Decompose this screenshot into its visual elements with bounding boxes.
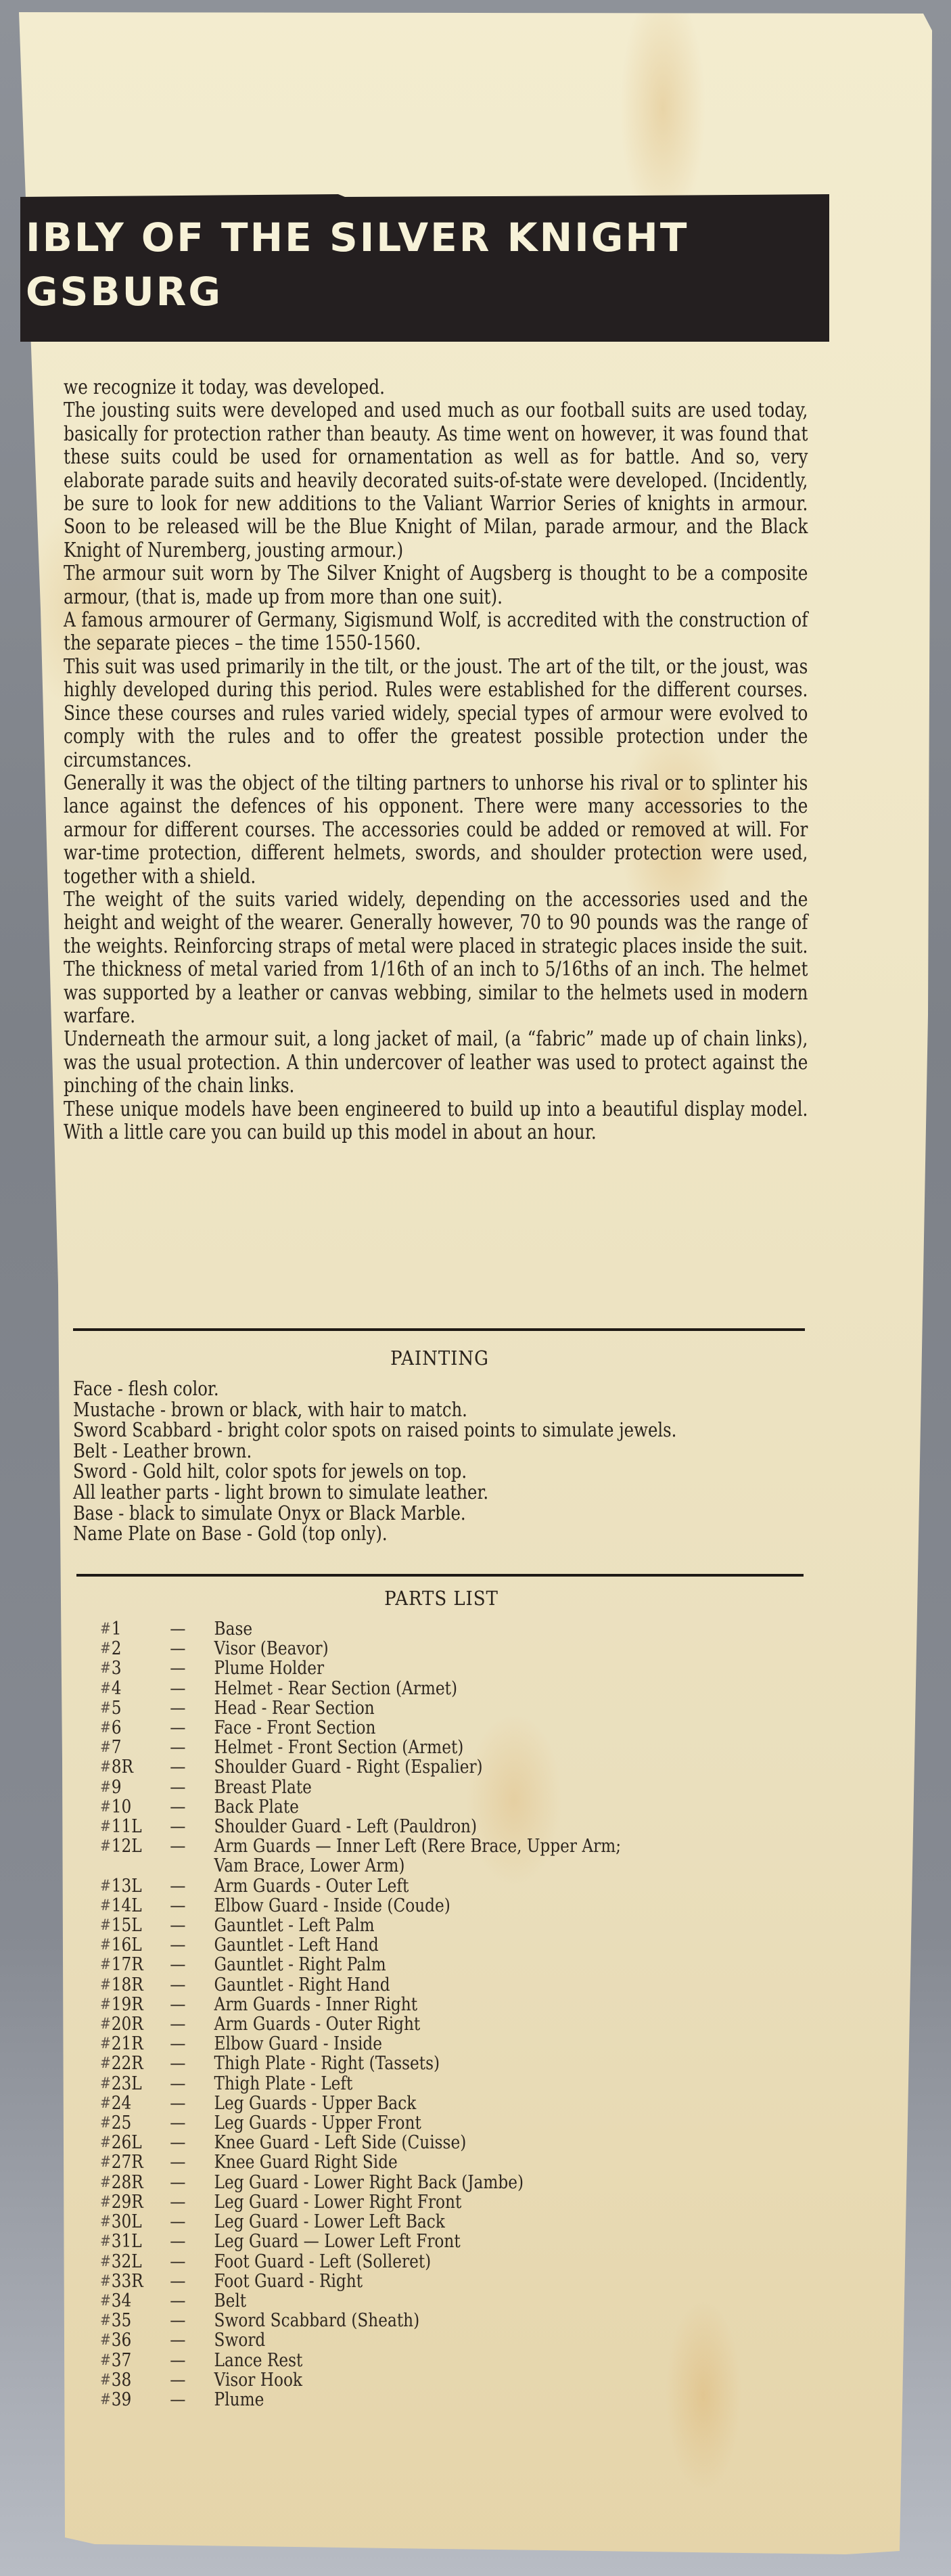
dash: —	[170, 2152, 214, 2172]
dash: —	[170, 1995, 214, 2014]
parts-list-item: #35 — Sword Scabbard (Sheath)	[100, 2311, 621, 2330]
part-number: #11L	[100, 1817, 170, 1836]
part-name: Foot Guard - Right	[214, 2272, 363, 2291]
part-name: Leg Guards - Upper Front	[214, 2113, 421, 2133]
part-number: #33R	[100, 2272, 170, 2291]
part-number: #21R	[100, 2034, 170, 2054]
dash: —	[170, 2133, 214, 2152]
dash: —	[170, 2272, 214, 2291]
dash: —	[170, 2173, 214, 2192]
number-sign-icon: #	[100, 1995, 109, 2014]
parts-list-item: #29R — Leg Guard - Lower Right Front	[100, 2192, 621, 2212]
parts-list-item: #23L — Thigh Plate - Left	[100, 2074, 621, 2094]
number-sign-icon: #	[100, 2192, 109, 2212]
dash: —	[170, 1698, 214, 1718]
part-number: #6	[100, 1718, 170, 1738]
parts-list-item: #17R — Gauntlet - Right Palm	[100, 1955, 621, 1974]
dash: —	[170, 1876, 214, 1896]
parts-list-heading: PARTS LIST	[114, 1587, 769, 1610]
dash: —	[170, 1896, 214, 1916]
dash: —	[170, 2212, 214, 2232]
part-number: #26L	[100, 2133, 170, 2152]
number-sign-icon: #	[100, 1679, 109, 1698]
paragraph: Generally it was the object of the tilti…	[64, 771, 808, 888]
title-banner: IBLY OF THE SILVER KNIGHT GSBURG	[20, 194, 829, 342]
number-sign-icon: #	[100, 1797, 109, 1817]
paragraph: The armour suit worn by The Silver Knigh…	[64, 562, 808, 608]
parts-list-item: #32L — Foot Guard - Left (Solleret)	[100, 2252, 621, 2272]
parts-list-item: #10 — Back Plate	[100, 1797, 621, 1817]
dash: —	[170, 1955, 214, 1974]
part-name: Visor (Beavor)	[214, 1639, 329, 1658]
dash: —	[170, 1975, 214, 1995]
part-number: #31L	[100, 2232, 170, 2251]
painting-instructions: Face - flesh color. Mustache - brown or …	[73, 1378, 806, 1544]
painting-item: Mustache - brown or black, with hair to …	[73, 1399, 806, 1420]
part-name: Plume	[214, 2390, 264, 2410]
parts-list-item: #11L — Shoulder Guard - Left (Pauldron)	[100, 1817, 621, 1836]
part-name: Belt	[214, 2291, 247, 2311]
part-name: Foot Guard - Left (Solleret)	[214, 2252, 432, 2272]
part-name: Elbow Guard - Inside (Coude)	[214, 1896, 450, 1916]
painting-item: Name Plate on Base - Gold (top only).	[73, 1523, 806, 1544]
dash: —	[170, 2330, 214, 2350]
paragraph: This suit was used primarily in the tilt…	[64, 655, 808, 771]
part-number: #20R	[100, 2014, 170, 2034]
parts-list-item: #28R — Leg Guard - Lower Right Back (Jam…	[100, 2173, 621, 2192]
dash: —	[170, 1658, 214, 1678]
section-divider	[76, 1574, 804, 1577]
part-name: Gauntlet - Left Palm	[214, 1916, 375, 1935]
paragraph: A famous armourer of Germany, Sigismund …	[64, 608, 808, 655]
painting-item: Belt - Leather brown.	[73, 1441, 806, 1462]
paragraph: The weight of the suits varied widely, d…	[64, 888, 808, 1027]
number-sign-icon: #	[100, 1836, 109, 1856]
number-sign-icon: #	[100, 2014, 109, 2034]
parts-list-item: #5 — Head - Rear Section	[100, 1698, 621, 1718]
parts-list-item-continuation: Vam Brace, Lower Arm)	[100, 1856, 621, 1876]
dash: —	[170, 1778, 214, 1797]
paragraph: The jousting suits were developed and us…	[64, 399, 808, 562]
part-name: Arm Guards — Inner Left (Rere Brace, Upp…	[214, 1836, 622, 1856]
parts-list-item: #21R — Elbow Guard - Inside	[100, 2034, 621, 2054]
part-name: Lance Rest	[214, 2351, 303, 2370]
part-number: #24	[100, 2094, 170, 2113]
number-sign-icon: #	[100, 2351, 109, 2370]
part-name: Leg Guard — Lower Left Front	[214, 2232, 461, 2251]
number-sign-icon: #	[100, 1698, 109, 1718]
part-number: #23L	[100, 2074, 170, 2094]
dash: —	[170, 2370, 214, 2390]
part-number: #37	[100, 2351, 170, 2370]
dash: —	[170, 1738, 214, 1757]
parts-list-item: #6 — Face - Front Section	[100, 1718, 621, 1738]
dash: —	[170, 1916, 214, 1935]
dash: —	[170, 2074, 214, 2094]
part-number: #22R	[100, 2054, 170, 2073]
parts-list-item: #30L — Leg Guard - Lower Left Back	[100, 2212, 621, 2232]
paragraph: we recognize it today, was developed.	[64, 376, 808, 399]
number-sign-icon: #	[100, 2212, 109, 2232]
number-sign-icon: #	[100, 2173, 109, 2192]
parts-list-item: #18R — Gauntlet - Right Hand	[100, 1975, 621, 1995]
parts-list-item: #34 — Belt	[100, 2291, 621, 2311]
dash: —	[170, 2252, 214, 2272]
part-number: #5	[100, 1698, 170, 1718]
part-name: Arm Guards - Outer Left	[214, 1876, 409, 1896]
part-name: Gauntlet - Left Hand	[214, 1935, 379, 1955]
part-number: #10	[100, 1797, 170, 1817]
number-sign-icon: #	[100, 2232, 109, 2251]
number-sign-icon: #	[100, 1778, 109, 1797]
part-name: Shoulder Guard - Right (Espalier)	[214, 1757, 483, 1777]
part-name: Knee Guard - Left Side (Cuisse)	[214, 2133, 467, 2152]
parts-list-item: #3 — Plume Holder	[100, 1658, 621, 1678]
part-number: #7	[100, 1738, 170, 1757]
number-sign-icon: #	[100, 2152, 109, 2172]
parts-list-item: #15L — Gauntlet - Left Palm	[100, 1916, 621, 1935]
number-sign-icon: #	[100, 1658, 109, 1678]
parts-list-item: #4 — Helmet - Rear Section (Armet)	[100, 1679, 621, 1698]
part-number: #34	[100, 2291, 170, 2311]
parts-list-item: #26L — Knee Guard - Left Side (Cuisse)	[100, 2133, 621, 2152]
part-number: #14L	[100, 1896, 170, 1916]
dash: —	[170, 1679, 214, 1698]
parts-list: #1 — Base #2 — Visor (Beavor) #3 — Plume…	[100, 1619, 621, 2410]
part-number: #35	[100, 2311, 170, 2330]
title-line-1: IBLY OF THE SILVER KNIGHT	[26, 214, 689, 261]
number-sign-icon: #	[100, 2272, 109, 2291]
part-number: #1	[100, 1619, 170, 1639]
parts-list-item: #13L — Arm Guards - Outer Left	[100, 1876, 621, 1896]
part-name: Head - Rear Section	[214, 1698, 375, 1718]
part-name: Leg Guard - Lower Right Front	[214, 2192, 462, 2212]
number-sign-icon: #	[100, 2330, 109, 2350]
part-number: #30L	[100, 2212, 170, 2232]
number-sign-icon: #	[100, 1916, 109, 1935]
part-name: Back Plate	[214, 1797, 299, 1817]
parts-list-item: #20R — Arm Guards - Outer Right	[100, 2014, 621, 2034]
section-divider	[73, 1328, 805, 1331]
part-number: #2	[100, 1639, 170, 1658]
painting-heading: PAINTING	[111, 1347, 768, 1370]
number-sign-icon: #	[100, 1975, 109, 1995]
part-name: Plume Holder	[214, 1658, 325, 1678]
dash: —	[170, 2351, 214, 2370]
parts-list-item: #38 — Visor Hook	[100, 2370, 621, 2390]
number-sign-icon: #	[100, 2094, 109, 2113]
number-sign-icon: #	[100, 2311, 109, 2330]
number-sign-icon: #	[100, 2034, 109, 2054]
paragraph: Underneath the armour suit, a long jacke…	[64, 1027, 808, 1097]
part-number: #19R	[100, 1995, 170, 2014]
part-number: #29R	[100, 2192, 170, 2212]
parts-list-item: #39 — Plume	[100, 2390, 621, 2410]
dash: —	[170, 2232, 214, 2251]
part-number: #12L	[100, 1836, 170, 1856]
dash: —	[170, 1797, 214, 1817]
dash: —	[170, 1639, 214, 1658]
part-name: Knee Guard Right Side	[214, 2152, 398, 2172]
part-name: Face - Front Section	[214, 1718, 376, 1738]
dash: —	[170, 1757, 214, 1777]
number-sign-icon: #	[100, 2390, 109, 2410]
part-number: #17R	[100, 1955, 170, 1974]
parts-list-item: #1 — Base	[100, 1619, 621, 1639]
dash: —	[170, 1817, 214, 1836]
part-number: #38	[100, 2370, 170, 2390]
part-name: Gauntlet - Right Hand	[214, 1975, 390, 1995]
parts-list-item: #2 — Visor (Beavor)	[100, 1639, 621, 1658]
dash: —	[170, 2390, 214, 2410]
number-sign-icon: #	[100, 2133, 109, 2152]
part-number: #36	[100, 2330, 170, 2350]
number-sign-icon: #	[100, 1955, 109, 1974]
number-sign-icon: #	[100, 1817, 109, 1836]
dash: —	[170, 1619, 214, 1639]
parts-list-item: #27R — Knee Guard Right Side	[100, 2152, 621, 2172]
part-number: #3	[100, 1658, 170, 1678]
part-number: #18R	[100, 1975, 170, 1995]
parts-list-item: #7 — Helmet - Front Section (Armet)	[100, 1738, 621, 1757]
number-sign-icon: #	[100, 2054, 109, 2073]
number-sign-icon: #	[100, 1935, 109, 1955]
number-sign-icon: #	[100, 1738, 109, 1757]
title-line-2: GSBURG	[26, 269, 223, 315]
parts-list-item: #25 — Leg Guards - Upper Front	[100, 2113, 621, 2133]
parts-list-item: #37 — Lance Rest	[100, 2351, 621, 2370]
number-sign-icon: #	[100, 1718, 109, 1738]
parts-list-item: #16L — Gauntlet - Left Hand	[100, 1935, 621, 1955]
painting-item: Sword Scabbard - bright color spots on r…	[73, 1420, 806, 1441]
dash: —	[170, 2054, 214, 2073]
part-name: Breast Plate	[214, 1778, 312, 1797]
painting-item: Sword - Gold hilt, color spots for jewel…	[73, 1461, 806, 1482]
part-name: Helmet - Front Section (Armet)	[214, 1738, 464, 1757]
part-number: #32L	[100, 2252, 170, 2272]
number-sign-icon: #	[100, 2291, 109, 2311]
part-name: Arm Guards - Inner Right	[214, 1995, 417, 2014]
part-number: #8R	[100, 1757, 170, 1777]
number-sign-icon: #	[100, 2113, 109, 2133]
history-text: we recognize it today, was developed. Th…	[64, 376, 808, 1144]
part-name: Helmet - Rear Section (Armet)	[214, 1679, 457, 1698]
number-sign-icon: #	[100, 1896, 109, 1916]
part-name: Gauntlet - Right Palm	[214, 1955, 386, 1974]
number-sign-icon: #	[100, 1876, 109, 1896]
part-name: Leg Guard - Lower Right Back (Jambe)	[214, 2173, 524, 2192]
part-name: Base	[214, 1619, 253, 1639]
dash: —	[170, 2192, 214, 2212]
parts-list-item: #8R — Shoulder Guard - Right (Espalier)	[100, 1757, 621, 1777]
number-sign-icon: #	[100, 1757, 109, 1777]
part-name: Thigh Plate - Left	[214, 2074, 353, 2094]
part-number: #28R	[100, 2173, 170, 2192]
dash: —	[170, 2094, 214, 2113]
part-number: #9	[100, 1778, 170, 1797]
paragraph: These unique models have been engineered…	[64, 1098, 808, 1144]
number-sign-icon: #	[100, 2074, 109, 2094]
parts-list-item: #19R — Arm Guards - Inner Right	[100, 1995, 621, 2014]
parts-list-item: #31L — Leg Guard — Lower Left Front	[100, 2232, 621, 2251]
number-sign-icon: #	[100, 2252, 109, 2272]
part-number: #39	[100, 2390, 170, 2410]
part-name: Visor Hook	[214, 2370, 302, 2390]
parts-list-item: #9 — Breast Plate	[100, 1778, 621, 1797]
part-name: Thigh Plate - Right (Tassets)	[214, 2054, 440, 2073]
part-number: #15L	[100, 1916, 170, 1935]
parts-list-item: #22R — Thigh Plate - Right (Tassets)	[100, 2054, 621, 2073]
part-name: Elbow Guard - Inside	[214, 2034, 382, 2054]
parts-list-item: #14L — Elbow Guard - Inside (Coude)	[100, 1896, 621, 1916]
part-name: Sword Scabbard (Sheath)	[214, 2311, 420, 2330]
painting-item: Base - black to simulate Onyx or Black M…	[73, 1503, 806, 1524]
part-name: Shoulder Guard - Left (Pauldron)	[214, 1817, 478, 1836]
dash: —	[170, 1718, 214, 1738]
dash: —	[170, 2014, 214, 2034]
number-sign-icon: #	[100, 1639, 109, 1658]
dash: —	[170, 2291, 214, 2311]
dash: —	[170, 2113, 214, 2133]
number-sign-icon: #	[100, 1619, 109, 1639]
part-number: #4	[100, 1679, 170, 1698]
part-number: #27R	[100, 2152, 170, 2172]
dash: —	[170, 2311, 214, 2330]
dash: —	[170, 2034, 214, 2054]
number-sign-icon: #	[100, 2370, 109, 2390]
part-number: #16L	[100, 1935, 170, 1955]
parts-list-item: #12L — Arm Guards — Inner Left (Rere Bra…	[100, 1836, 621, 1856]
painting-item: Face - flesh color.	[73, 1378, 806, 1399]
parts-list-item: #33R — Foot Guard - Right	[100, 2272, 621, 2291]
part-number: #13L	[100, 1876, 170, 1896]
painting-item: All leather parts - light brown to simul…	[73, 1482, 806, 1503]
dash: —	[170, 1836, 214, 1856]
parts-list-item: #36 — Sword	[100, 2330, 621, 2350]
part-name: Sword	[214, 2330, 266, 2350]
part-name: Arm Guards - Outer Right	[214, 2014, 421, 2034]
part-name: Leg Guards - Upper Back	[214, 2094, 417, 2113]
part-number: #25	[100, 2113, 170, 2133]
part-name: Leg Guard - Lower Left Back	[214, 2212, 445, 2232]
parts-list-item: #24 — Leg Guards - Upper Back	[100, 2094, 621, 2113]
dash: —	[170, 1935, 214, 1955]
